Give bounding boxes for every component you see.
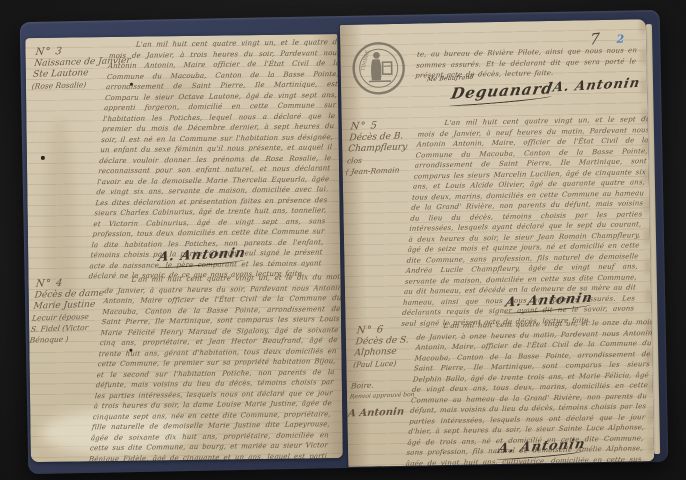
stamp-label: TIMBRE (360, 49, 371, 72)
signature-text: A. Antonin (552, 76, 642, 96)
ink-speck (41, 156, 45, 160)
entry-6-margin-line: Renvoi approuvé bon (349, 389, 415, 402)
entry-3-act-text: L'an mil huit cent quatre vingt un, et l… (91, 37, 342, 250)
entry-5-margin-note: N° 5 Décès de B. Champfleury clos ( Jean… (345, 119, 410, 177)
carryover-act-text: te, au bureau de Rivière Pilote, ainsi q… (416, 45, 638, 72)
entry-4-act-text: L'an mil huit cent quatre vingt un, et l… (89, 272, 343, 455)
entry-6-act-text: L'an mil huit cent quatre vingt un, et l… (408, 317, 654, 442)
right-page: TIMBRE 7 2 te, au bureau de Rivière Pilo… (340, 19, 654, 467)
timbre-fiscal-stamp-icon: TIMBRE (350, 40, 407, 97)
entry-6-margin-line: (Paul Luce) (353, 357, 419, 370)
entry-4-margin-line: Bénoque ) (29, 333, 100, 346)
entry-5-margin-line: Champfleury (348, 142, 408, 155)
entry-4-margin-note: N° 4 Décès de dame Marie Justine Lecuir … (29, 276, 106, 345)
folio-number-blue: 2 (616, 33, 624, 46)
left-page: N° 3 Naissance de Janvier Ste Lautone (R… (25, 34, 343, 462)
entry-6-margin-signature: A Antonin (348, 406, 414, 419)
entry-5-act-text: L'an mil huit cent quatre vingt un, et l… (404, 114, 651, 295)
entry-4-number: N° 4 (35, 276, 106, 289)
scanned-register-photo: N° 3 Naissance de Janvier Ste Lautone (R… (0, 0, 686, 480)
entry-5-margin-line: ( Jean-Romain (345, 164, 405, 177)
entry-5-number: N° 5 (350, 119, 410, 132)
carryover-signature-1: Deguanard (449, 79, 555, 106)
register-book: N° 3 Naissance de Janvier Ste Lautone (R… (20, 10, 669, 474)
carryover-note: Me Beaufrand (426, 74, 474, 84)
carryover-signature-2: A. Antonin (552, 76, 642, 96)
